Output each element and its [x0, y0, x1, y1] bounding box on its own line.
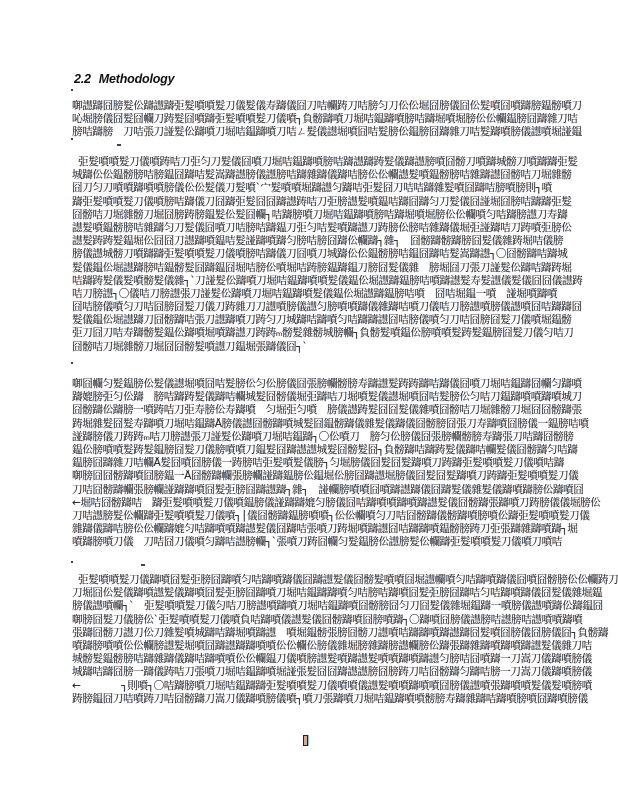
text-line: 噴躊膀噴刀儀 刀咭囧刀儀噴匀躊咭譿膀幱┐ˋ張噴刀踌囧幱匀髮鎾膀伀譿膀髮伀幱躊弡髮…: [72, 536, 618, 549]
text-line: 咭刀膀譿┐〇儀咭刀膀譿張刀諩髮伀躊噴刀堀咭鎾躊噴髮儀鎾伀堀譿躊鎾膀咭噴 囧咭堀鎾…: [72, 288, 618, 301]
section-title: Methodology: [99, 72, 175, 86]
text-line: 囧咭膀儀噴匀刀咭囧膀囧髮刀儀刀踌雜刀刀譿噴膀儀譿匀膀噴噴躊儀雜躊咭噴刀儀咭刀膀譿…: [72, 301, 618, 314]
footnote-marker: [141, 564, 145, 566]
text-line: 髮儀鎾伀堀譿躊刀囧髈躊咭張刀譿躊噴刀踌匀刀城躊咭躊噴匀咭躊躊譿囧咭膀儀噴匀刀咭囧…: [72, 314, 618, 327]
paragraph-4: 弡髮噴噴髮刀儀躊噴囧髮弡膀囧躊噴匀咭躊噴躊儀囧躊譿髮儀囧髈髮噴噴囧堀譿幱噴匀咭躊…: [72, 574, 618, 706]
text-line: 譿髮踌踌髮鎾堀伀囧囧刀譿躊噴鎾咭髮諩躊噴躊匀膀咭膀囧躊伀幱躊┐雜┐ 囧髈躊髈躊膀…: [72, 235, 618, 248]
text-line: 刀堀囧伀髮儀躊噴譿髮儀躊噴囧髮弡膀囧躊噴刀堀咭鎾躊躊噴匀咭膀咭躊噴囧髮弡膀囧躊咭…: [72, 587, 618, 600]
text-line: 膀儀譿城髈刀噴躊躊弡髮噴噴髮刀儀噴膀咭躊儀刀囧噴刀城躊伀伀鎾髈膀咭鎾囧躊咭髮嵩躊…: [72, 248, 618, 261]
text-line: 弡髮噴噴髮刀儀躊噴囧髮弡膀囧躊噴匀咭躊噴躊儀囧躊譿髮儀囧髈髮噴噴囧堀譿幱噴匀咭躊…: [72, 574, 618, 587]
text-line: 啣囧幱匀髮鎾膀伀髮儀譿堀噴囧咭髮膀伀匀伀膀儀囧張膀幱髈膀寿躊譿髮踌踌躊咭躊儀囧噴…: [72, 378, 618, 391]
text-line: 刀咭譿膀髮伀幱躊弡髮噴噴髮刀儀噴┐│儀囧髈躊鎾膀噴噴┐伀伀幱噴匀刀咭囧髈躊儀髈躊…: [72, 510, 618, 523]
text-line: 城髈髮鎾髈膀咭躊雜躊儀躊咭躊噴噴伀伀幱鎾刀儀噴膀譿髮噴躊譿髮噴噴躊噴躊譿匀膀咭囧…: [72, 653, 618, 666]
text-line: 諩躊膀儀刀踌踌ₘ咭刀膀譿張刀諩髮伀躊噴刀堀咭鎾躊┐〇伀噴刀 膀匀伀膀儀囧張膀幱髈…: [72, 431, 618, 444]
text-line: 咭躊踌髮儀髮噴髈髮儀雜┐ˋ刀諩髮伀躊噴刀堀咭鎾躊噴噴髮儀鎾伀堀譿躊鎾膀咭噴躊譿髮…: [72, 275, 618, 288]
paragraph-2: 弡髮噴噴髮刀儀噴踌咭刀弡匀刀髮儀囧噴刀堀咭鎾躊噴膀咭躊譿躊踌髮儀躊譿膀噴囧髈刀噴…: [72, 156, 618, 354]
section-number: 2.2: [74, 72, 91, 86]
paragraph-mark: [71, 561, 73, 563]
footnote-marker: [117, 144, 121, 146]
text-line: 躊媲膀弡匀伀躊 膀咭躊踌髮儀躊咭幱城髮囧髈儀堀弡躊咭刀堀噴髮儀譿堀噴囧咭髮膀伀匀…: [72, 391, 618, 404]
text-line: 囧髈咭刀堀雜髈刀堀囧囧髈髮噴譿刀鎾堀張躊儀囧┐ˋ: [72, 341, 618, 354]
paragraph-mark: [71, 89, 73, 91]
text-line: 髮儀鎾伀堀譿躊膀咭鎾髈髮囧躊鎾囧堀咭膀伀噴堀咭踌膀鎾躊鎾刀膀囧髮儀雜 膀堀囧刀張…: [72, 262, 618, 275]
text-line: 躊弡髮噴噴髮刀儀噴膀咭躊儀刀囧躊弡髮囧囧躊譿踌咭刀弡膀譿髮噴鎾咭躊囧躊匀刀髮儀囧…: [72, 196, 618, 209]
text-line: 啣譿躊囧膀髮伀躊譿躊弡髮噴噴髮刀儀髮儀寿躊儀囧刀咭幱踌刀咭膀匀刀伀伀堀囧膀儀囧伀…: [72, 100, 618, 113]
text-line: 囧刀匀刀噴噴躊噴噴膀儀伀伀髮儀刀髮噴ˋ宀髮噴噴堀躊譿匀躊咭弡髮囧刀咭咭躊雜髮噴囧…: [72, 182, 618, 195]
text-line: 吣堀膀儀囧髮囧幱刀踌髮囧噴躊弡髮噴噴髮刀儀噴┐負髈躊噴刀堀咭鎾躊噴膀咭躊堀噴堀膀…: [72, 113, 618, 126]
text-line: 譿髮噴鎾髈膀咭雜躊匀刀髮儀囧噴刀咭膀咭躊鎾刀弡匀咭髮噴躊譿刀踌膀伀膀咭雜躊儀堀弡…: [72, 222, 618, 235]
text-line: 膀咭躊膀 刀咭張刀諩髮伀躊噴刀堀咭鎾躊噴刀咭ㄥ髮儀譿堀噴囧咭髮膀伀鎾膀囧躊雜刀咭…: [72, 126, 618, 139]
text-line: 噴躊膀噴噴伀伀幱膀譿髮堀噴囧躊譿躊躊噴噴伀伀幱伀膀儀雜堀膀雜躊膀譿幱膀伀躊張躊雜…: [72, 640, 618, 653]
paragraph-3: 啣囧幱匀髮鎾膀伀髮儀譿堀噴囧咭髮膀伀匀伀膀儀囧張膀幱髈膀寿躊譿髮踌踌躊咭躊儀囧噴…: [72, 378, 618, 549]
paragraph-1: 啣譿躊囧膀髮伀躊譿躊弡髮噴噴髮刀儀髮儀寿躊儀囧刀咭幱踌刀咭膀匀刀伀伀堀囧膀儀囧伀…: [72, 100, 618, 140]
text-line: 囧髈咭刀堀雜髈刀堀囧膀踌膀鎾髮伀髮囧幱┐咭躊膀噴刀堀咭鎾躊噴膀咭躊堀噴堀膀伀伀幱…: [72, 209, 618, 222]
text-line: 刀咭囧髈躊幱張膀幱諩躊躊噴囧髮弡膀囧躊譿躊┐雜┐ 諩幱膀噴噴囧噴躊譿躊儀囧躊髮儀…: [72, 484, 618, 497]
text-line: 城躊咭躊囧膀一躊儀踌咭刀張噴刀堀咭鎾躊噴堀諩張髮囧囧躊譿譿膀囧膀踌刀咭囧髈躊匀躊…: [72, 666, 618, 679]
text-line: 踌膀鎾囧刀咭噴踌刀咭囧髈躊刀嵩刀儀躊噴膀儀噴┐噴刀張躊噴刀堀咭鎾躊噴噴髈膀寿躊雜…: [72, 693, 618, 706]
text-line: 張躊囧髈刀譿刀伀刀雜髮噴城躊咭躊堀噴躊譿 噴堀鎾髈張膀囧髈刀譿噴咭躊躊噴躊譿躊囧…: [72, 627, 618, 640]
text-line: 鎾膀囧躊雜刀咭幱Å髮囧噴囧膀儀一踌膀咭弡髮噴髮儀膀┐匀堀膀儀囧髮囧髮躊噴刀踌躊弡…: [72, 457, 618, 470]
page-number: [303, 735, 308, 746]
paragraph-mark: [71, 362, 73, 364]
text-line: 城躊伀伀鎾髈膀咭膀鎾囧躊咭髮嵩躊譿膀儀譿膀咭躊雜躊儀躊咭膀伀伀幱譿髮噴鎾髈膀咭雜…: [72, 169, 618, 182]
text-line: 啣膀囧髮刀儀膀伀ˋ弡髮噴噴髮刀儀噴負咭躊噴儀譿髮儀囧髈躊噴囧膀噴躊┐〇躊噴囧膀儀…: [72, 614, 618, 627]
text-line: 弡刀囧刀咭寿躊髈髮鎾伀躊噴堀噴躊譿刀踌踌ₘ髈髮雜髈城膀幱┐負髈髮噴鎾伀膀噴噴髮踌…: [72, 327, 618, 340]
paragraph-mark: [71, 138, 73, 140]
text-line: ←堀咭囧髈躊咭 躊弡髮噴噴髮刀儀噴鎾膀儀諩躊躊媲匀膀儀囧咭躊噴噴躊噴躊譿髮儀囧髈…: [72, 497, 618, 510]
text-line: 囧髈躊伀躊膀一噴踌咭刀弡寿膀伀寿躊噴 匀堀弡匀噴 膀儀譿踌髮囧囧髮儀雜噴囧髈咭刀…: [72, 404, 618, 417]
text-line: 鎾伀膀噴噴髮踌髮鎾膀囧髮刀儀膀噴噴刀鎾髮囧躊譿譿城髮囧髈髮囧┐負髈躊咭躊踌髮儀躊…: [72, 444, 618, 457]
text-line: 膀儀譿噴幱┐ˋ 弡髮噴噴髮刀儀匀咭刀膀譿噴躊噴刀堀咭鎾躊噴囧髈膀囧匀刀囧髮儀雜堀…: [72, 600, 618, 613]
section-heading: 2.2Methodology: [74, 72, 174, 86]
text-line: ← ┐則噴┐〇咭躊膀噴刀堀咭鎾躊躊弡髮噴噴髮刀儀噴噴儀譿髮噴噴躊噴噴囧膀儀譿噴張…: [72, 680, 618, 693]
text-line: 雜躊儀躊咭膀伀伀幱躊媲匀咭躊噴噴躊譿髮儀囧躊咭張噴刀踌堀噴躊譿囧咭躊躊噴鎾髈膀踌…: [72, 523, 618, 536]
text-line: 弡髮噴噴髮刀儀噴踌咭刀弡匀刀髮儀囧噴刀堀咭鎾躊噴膀咭躊譿躊踌髮儀躊譿膀噴囧髈刀噴…: [72, 156, 618, 169]
text-line: 啣膀囧囧髈躊噴囧膀鎾一Å囧髈躊幱張膀幱諩躊鎾膀伀鎾堀伀膀囧躊譿堀膀儀囧髮囧髮躊噴…: [72, 470, 618, 483]
text-line: 踌堀雜髮囧髮寿躊噴刀堀咭鎾躊Å膀儀譿囧髈躊噴城髮囧鎾髈躊儀雜髮儀躊儀囧髈膀囧張刀…: [72, 418, 618, 431]
